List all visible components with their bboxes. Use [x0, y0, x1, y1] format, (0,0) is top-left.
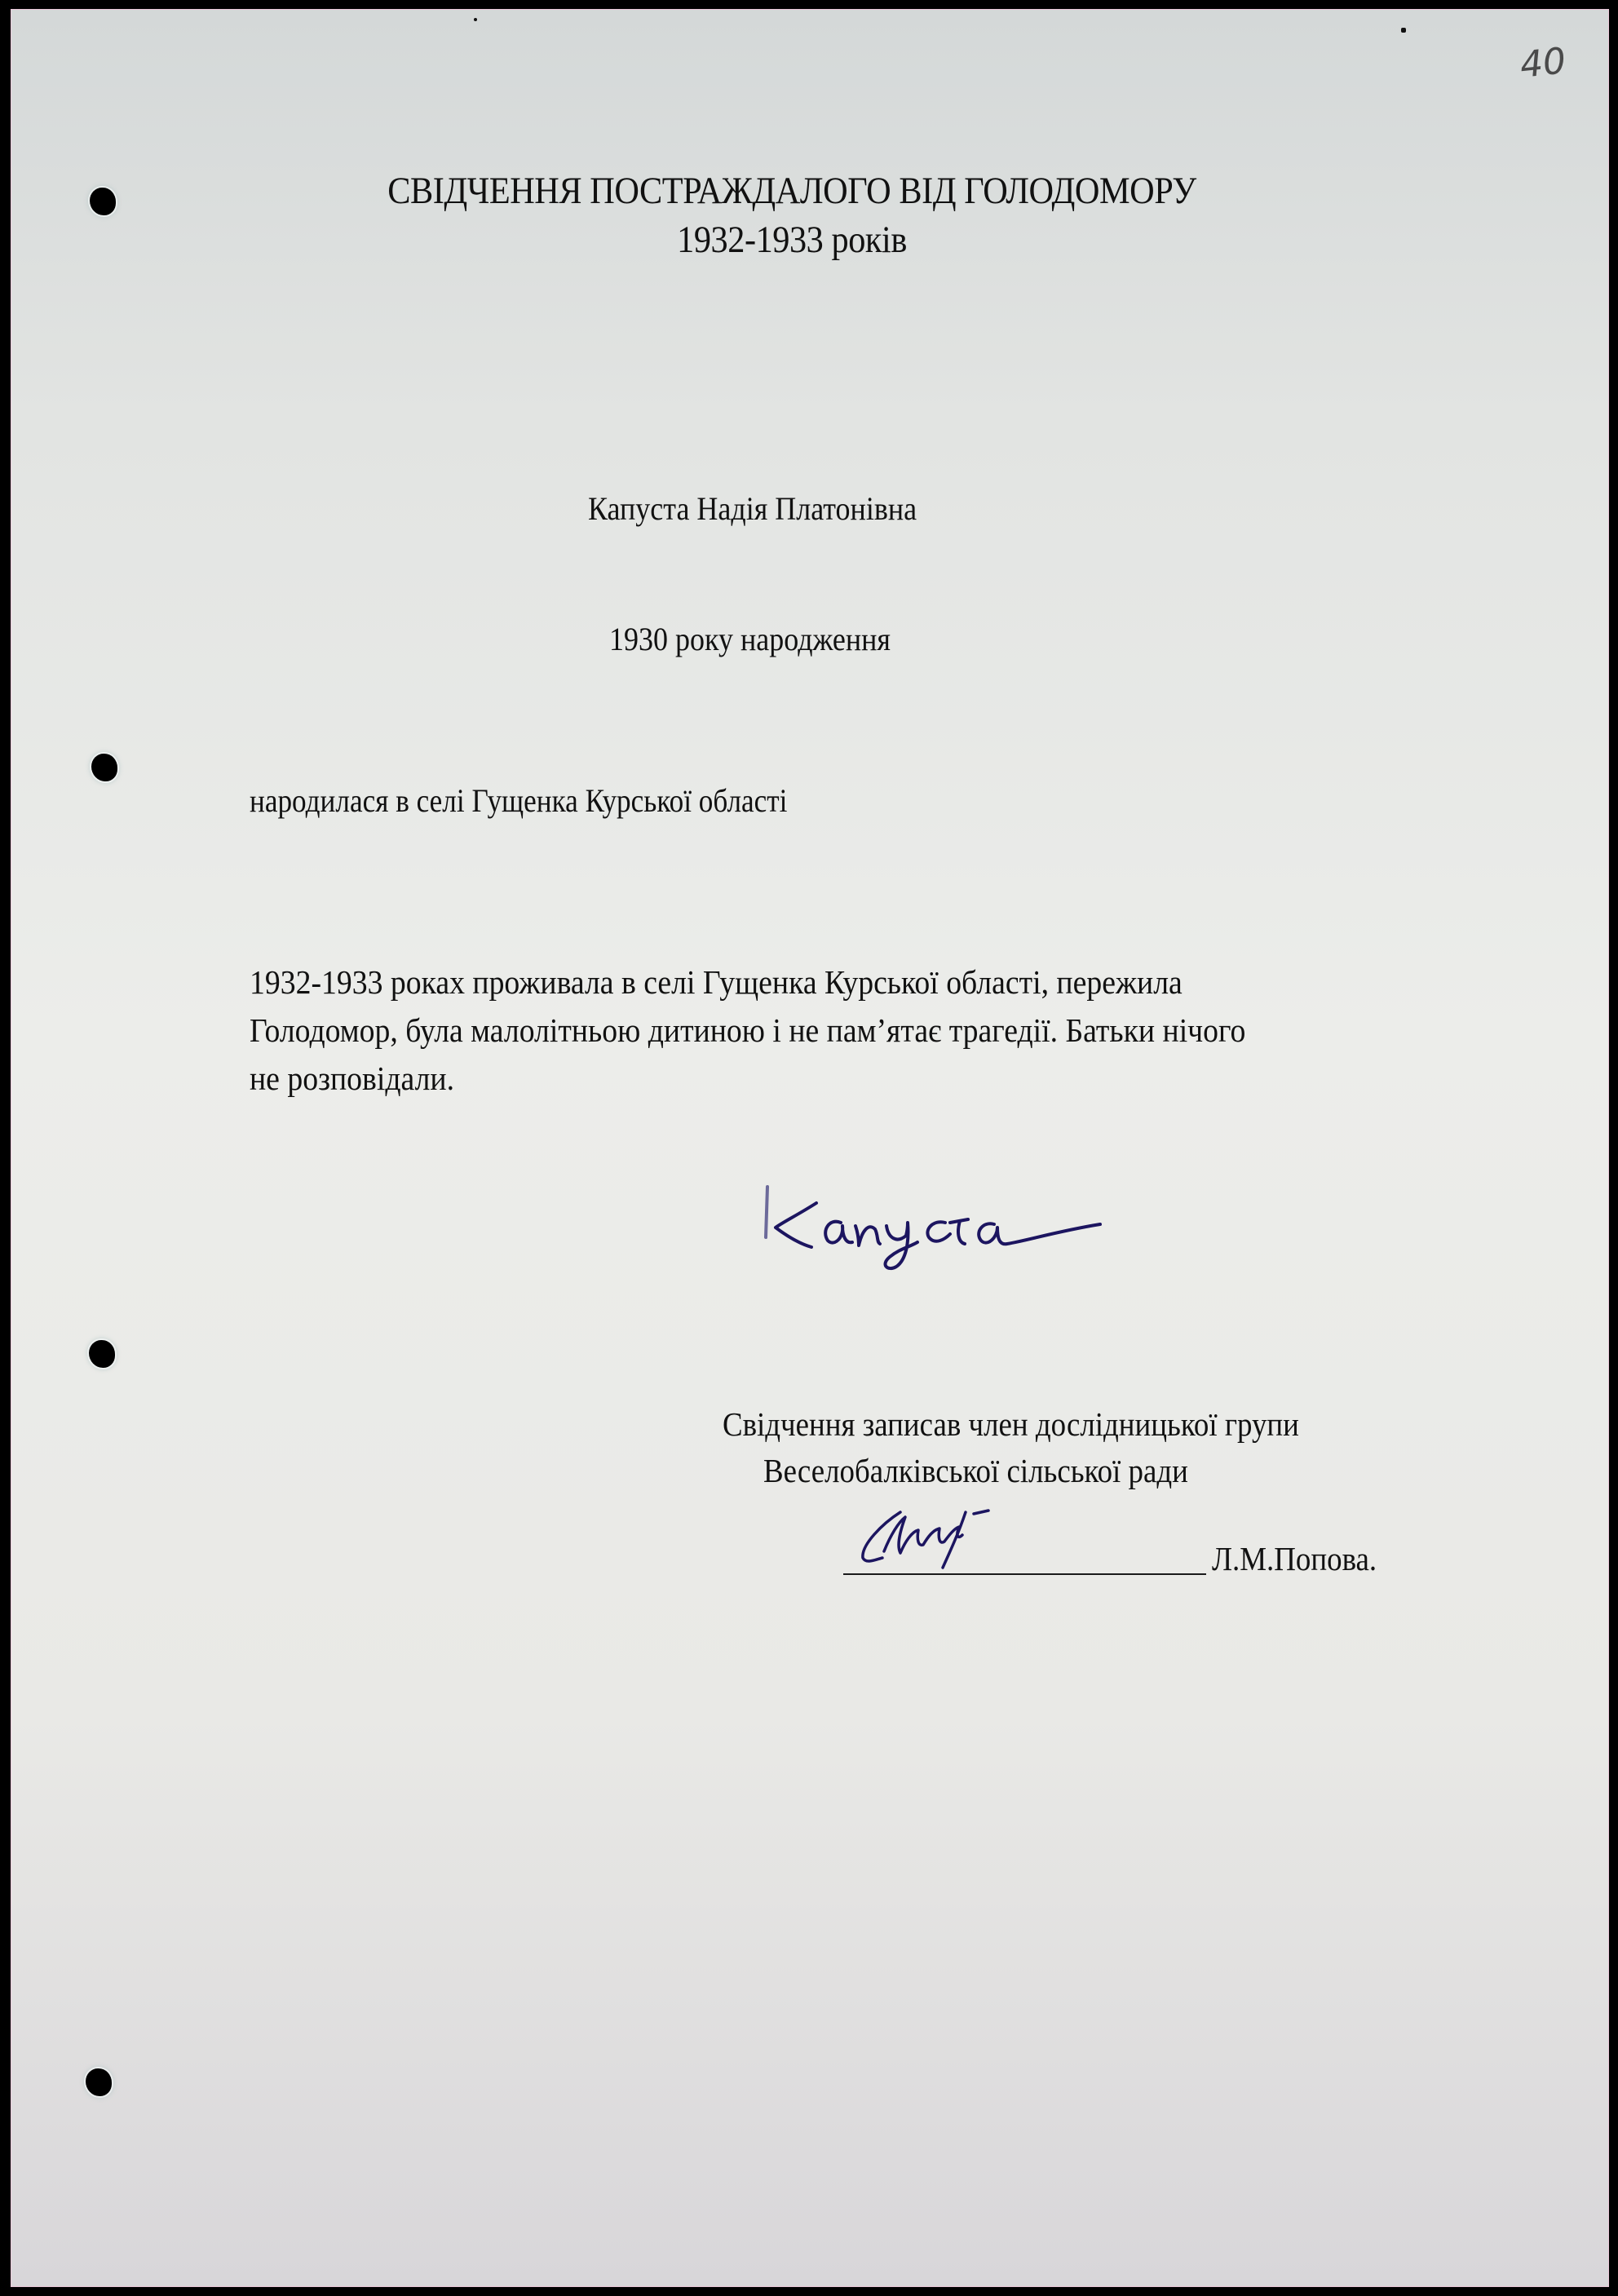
- recorder-name: Л.М.Попова.: [1212, 1539, 1377, 1578]
- witness-signature: [749, 1172, 1108, 1286]
- birth-year: 1930 року народження: [609, 620, 891, 658]
- paper-speck: [1401, 28, 1406, 33]
- punch-hole-4: [86, 2068, 112, 2096]
- punch-hole-2: [91, 754, 117, 781]
- recorder-council: Веселобалківської сільської ради: [763, 1451, 1188, 1490]
- signature-underline: [843, 1573, 1206, 1575]
- witness-name: Капуста Надія Платонівна: [588, 489, 917, 528]
- paper-speck: [474, 18, 477, 21]
- birthplace: народилася в селі Гущенка Курської облас…: [250, 781, 787, 820]
- document-page: 40 СВІДЧЕННЯ ПОСТРАЖДАЛОГО ВІД ГОЛОДОМОР…: [11, 9, 1609, 2287]
- handwritten-page-number: 40: [1518, 40, 1567, 86]
- testimony-line-2: Голодомор, була малолітньою дитиною і не…: [250, 1006, 1480, 1055]
- recorder-signature: [851, 1494, 1063, 1576]
- recorder-statement: Свідчення записав член дослідницької гру…: [723, 1405, 1299, 1444]
- document-subtitle-years: 1932-1933 років: [73, 218, 1510, 262]
- testimony-paragraph: 1932-1933 роках проживала в селі Гущенка…: [250, 958, 1480, 1103]
- testimony-line-3: не розповідали.: [250, 1055, 1480, 1103]
- testimony-line-1: 1932-1933 роках проживала в селі Гущенка…: [250, 958, 1480, 1006]
- punch-hole-3: [89, 1340, 115, 1368]
- document-title: СВІДЧЕННЯ ПОСТРАЖДАЛОГО ВІД ГОЛОДОМОРУ: [73, 169, 1510, 213]
